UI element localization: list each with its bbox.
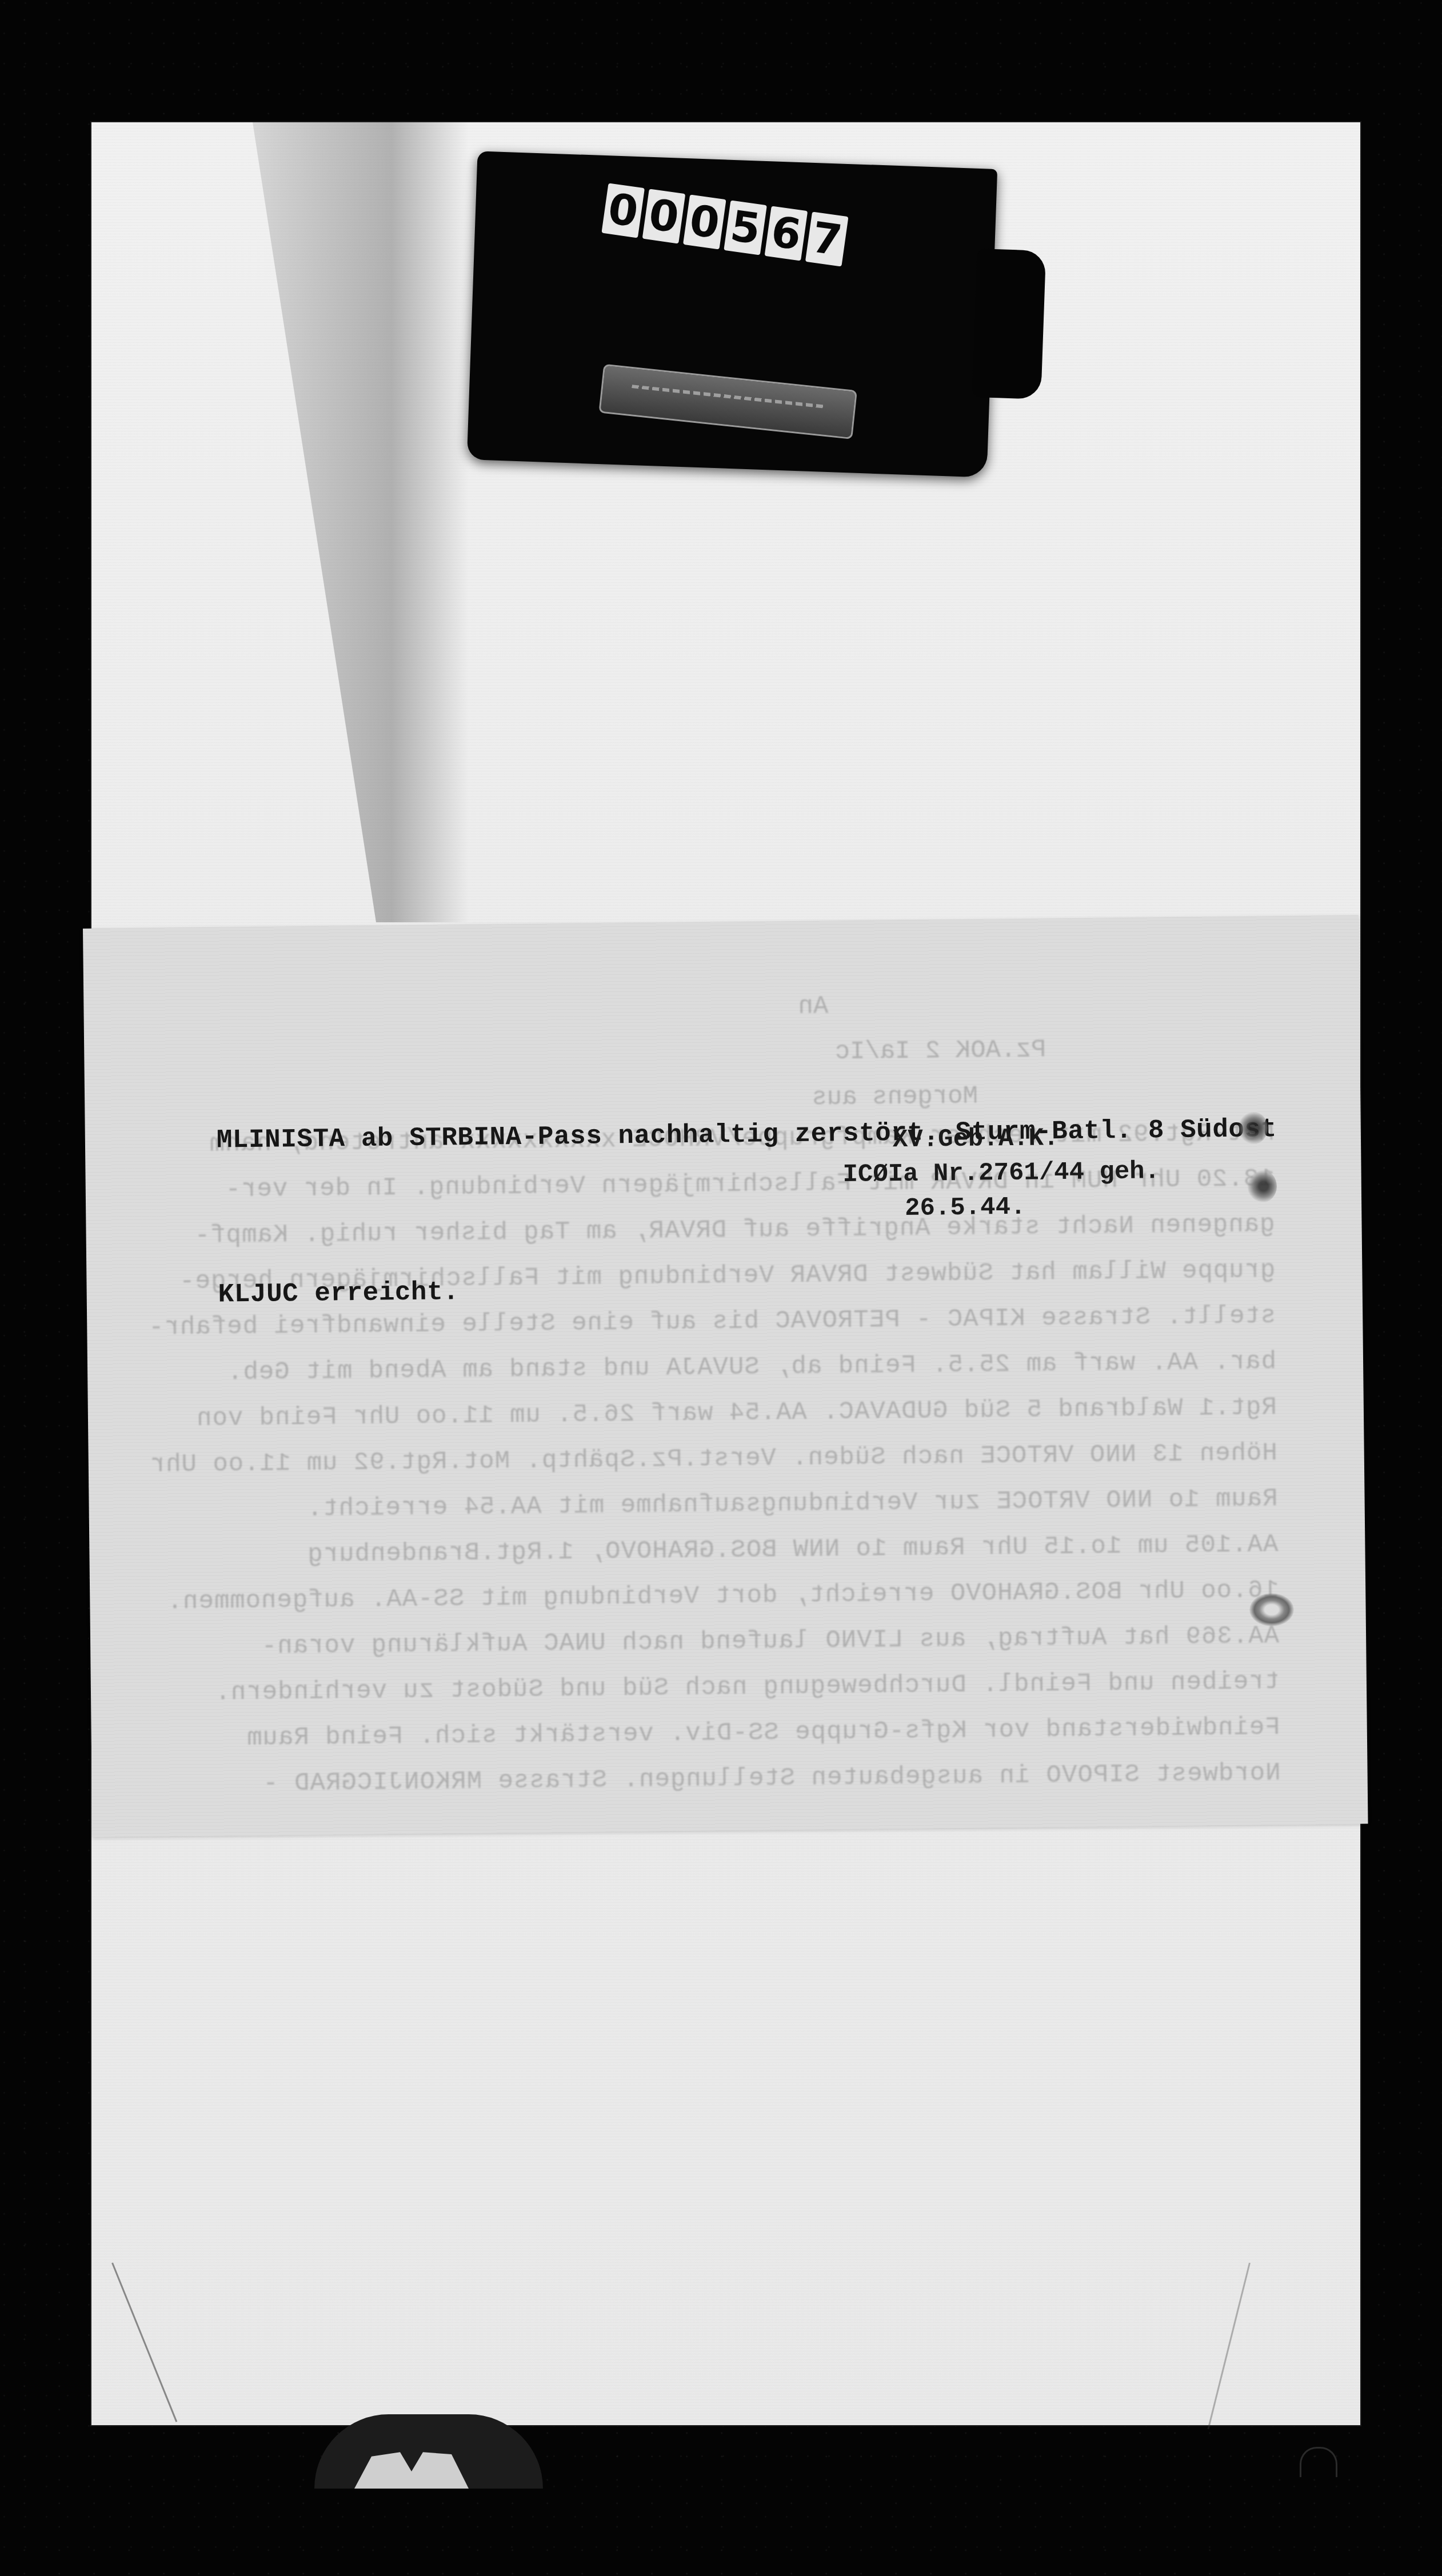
- file-number: ICØIa Nr.2761/44 geh.: [842, 1154, 1160, 1192]
- counter-digit: 5: [724, 200, 767, 255]
- typed-message-slip: An Pz.AOK 2 Ia/Ic Morgens aus Mot-Rgt.92…: [83, 915, 1368, 1837]
- counter-digit: 6: [765, 206, 808, 261]
- frame-counter-digits: 0 0 0 5 6 7: [601, 183, 848, 266]
- counter-knob: [972, 249, 1046, 399]
- document-date: 26.5.44.: [843, 1189, 1160, 1226]
- counter-digit: 7: [805, 211, 849, 266]
- message-line: KLJUC erreicht.: [218, 1258, 1279, 1320]
- punch-hole: [1247, 1170, 1277, 1203]
- unit-designation: XV.Geb.A.K.: [842, 1120, 1160, 1158]
- counter-digit: 0: [601, 183, 645, 238]
- film-edge-artifact: [314, 2414, 543, 2489]
- counter-digit: 0: [642, 189, 686, 243]
- counter-nameplate: [598, 364, 857, 439]
- reference-block: XV.Geb.A.K. ICØIa Nr.2761/44 geh. 26.5.4…: [842, 1120, 1160, 1226]
- frame-counter-device: 0 0 0 5 6 7: [467, 151, 997, 477]
- punch-hole: [1249, 1593, 1294, 1626]
- punch-hole: [1238, 1111, 1268, 1145]
- film-edge-mark: [1300, 2447, 1337, 2477]
- counter-digit: 0: [683, 194, 726, 249]
